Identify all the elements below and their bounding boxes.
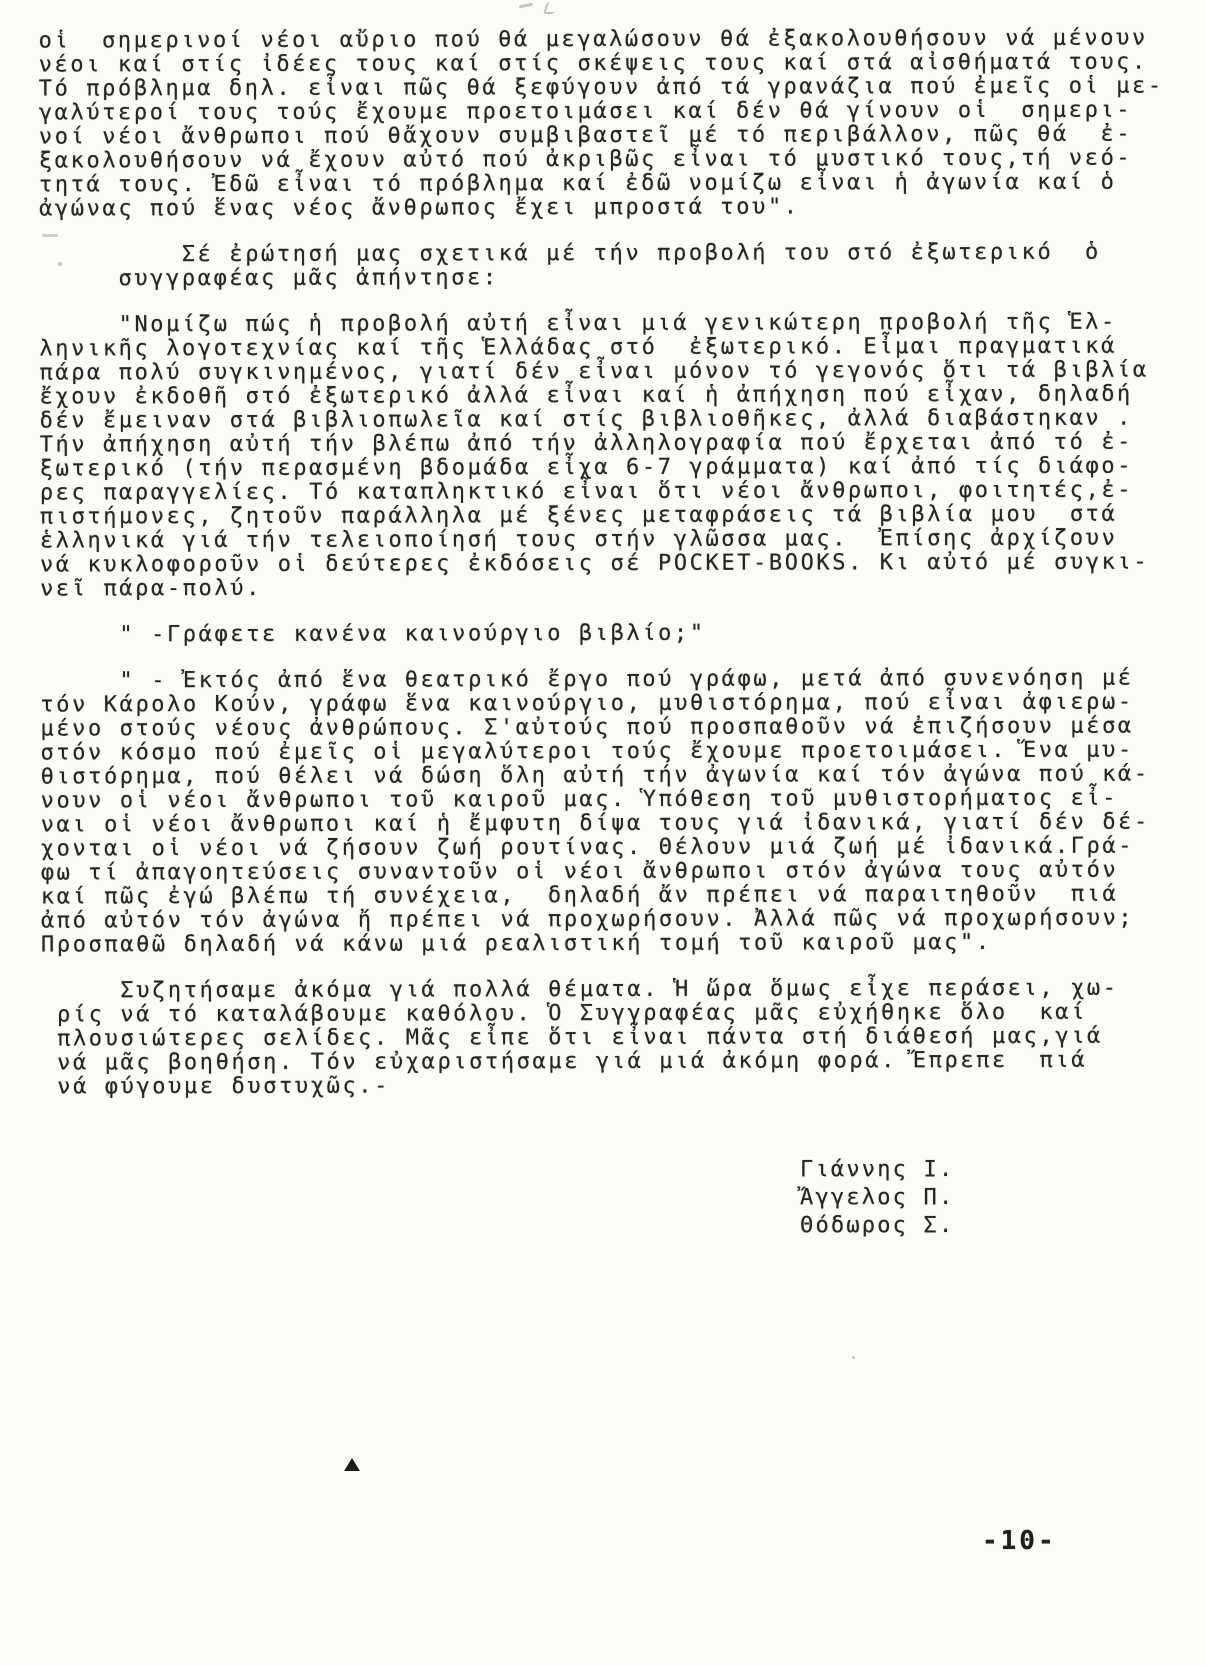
text-line: Σέ ἐρώτησή μας σχετικά μέ τήν προβολή το… (39, 241, 1179, 268)
text-line: Προσπαθῶ δηλαδή νά κάνω μιά ρεαλιστική τ… (41, 931, 1181, 958)
page-number: -10- (982, 1526, 1057, 1556)
document-body: οἱ σημερινοί νέοι αὔριο πού θά μεγαλώσου… (39, 27, 1182, 1100)
signature-line: Γιάννης Ι. (800, 1156, 954, 1184)
text-line: νεῖ πάρα-πολύ. (40, 575, 1180, 602)
paragraph-answer-new-book: " - Ἐκτός ἀπό ἕνα θεατρικό ἔργο πού γράφ… (40, 667, 1181, 958)
signature-line: Ἄγγελος Π. (800, 1184, 954, 1212)
scan-artifact (543, 2, 558, 14)
paragraph-closing: Συζητήσαμε ἀκόμα γιά πολλά θέματα. Ἡ ὥρα… (41, 977, 1181, 1100)
signatures: Γιάννης Ι.Ἄγγελος Π.Θόδωρος Σ. (800, 1156, 954, 1240)
text-line: νά κυκλοφοροῦν οἱ δεύτερες ἐκδόσεις σέ P… (40, 551, 1180, 578)
text-line: συγγραφέας μᾶς ἀπήντησε: (39, 265, 1179, 292)
signature-line: Θόδωρος Σ. (800, 1212, 954, 1240)
text-line: νά φύγουμε δυστυχῶς.- (41, 1073, 1181, 1100)
text-line: ἀγώνας πού ἕνας νέος ἄνθρωπος ἔχει μπροσ… (39, 195, 1179, 222)
triangle-mark-icon (344, 1458, 360, 1471)
scanned-document-page: οἱ σημερινοί νέοι αὔριο πού θά μεγαλώσου… (0, 0, 1205, 1666)
paragraph-interviewer-note: Σέ ἐρώτησή μας σχετικά μέ τήν προβολή το… (39, 241, 1179, 292)
text-line: ἀπό αὐτόν τόν ἀγώνα ἤ πρέπει νά προχωρήσ… (41, 907, 1181, 934)
scan-artifact (519, 3, 533, 9)
paragraph-answer-promotion-abroad: "Νομίζω πώς ἡ προβολή αὐτή εἶναι μιά γεν… (39, 311, 1180, 602)
paragraph-intro-continuation: οἱ σημερινοί νέοι αὔριο πού θά μεγαλώσου… (39, 27, 1179, 222)
text-line: τητά τους. Ἐδῶ εἶναι τό πρόβλημα καί ἐδῶ… (39, 171, 1179, 198)
paragraph-question-new-book: " -Γράφετε κανένα καινούργιο βιβλίο;" (40, 621, 1180, 648)
text-line: νά μᾶς βοηθήση. Τόν εὐχαριστήσαμε γιά μι… (41, 1049, 1181, 1076)
scan-artifact (852, 1356, 855, 1359)
text-line: " -Γράφετε κανένα καινούργιο βιβλίο;" (40, 621, 1180, 648)
